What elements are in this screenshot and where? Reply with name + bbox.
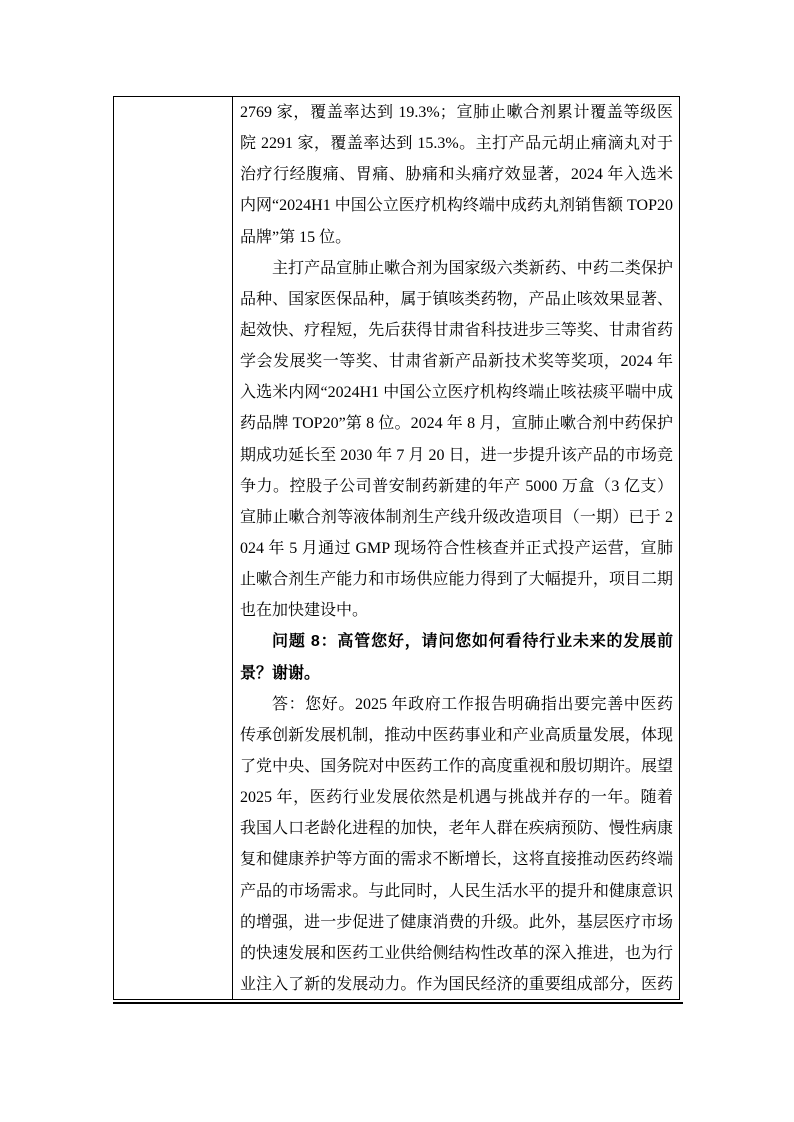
table-content-cell: 2769 家，覆盖率达到 19.3%；宣肺止嗽合剂累计覆盖等级医院 2291 家… — [233, 97, 679, 999]
paragraph-coverage-continuation: 2769 家，覆盖率达到 19.3%；宣肺止嗽合剂累计覆盖等级医院 2291 家… — [240, 97, 673, 253]
table-outer-border-line — [113, 1002, 683, 1004]
table-left-cell — [114, 97, 233, 999]
qa-record-table: 2769 家，覆盖率达到 19.3%；宣肺止嗽合剂累计覆盖等级医院 2291 家… — [113, 96, 680, 1000]
paragraph-xuanfei-product: 主打产品宣肺止嗽合剂为国家级六类新药、中药二类保护品种、国家医保品种，属于镇咳类… — [240, 253, 673, 627]
document-page: 2769 家，覆盖率达到 19.3%；宣肺止嗽合剂累计覆盖等级医院 2291 家… — [0, 0, 794, 1122]
question-8-heading: 问题 8：高管您好，请问您如何看待行业未来的发展前景？谢谢。 — [240, 626, 673, 688]
answer-8-paragraph: 答：您好。2025 年政府工作报告明确指出要完善中医药传承创新发展机制，推动中医… — [240, 689, 673, 999]
